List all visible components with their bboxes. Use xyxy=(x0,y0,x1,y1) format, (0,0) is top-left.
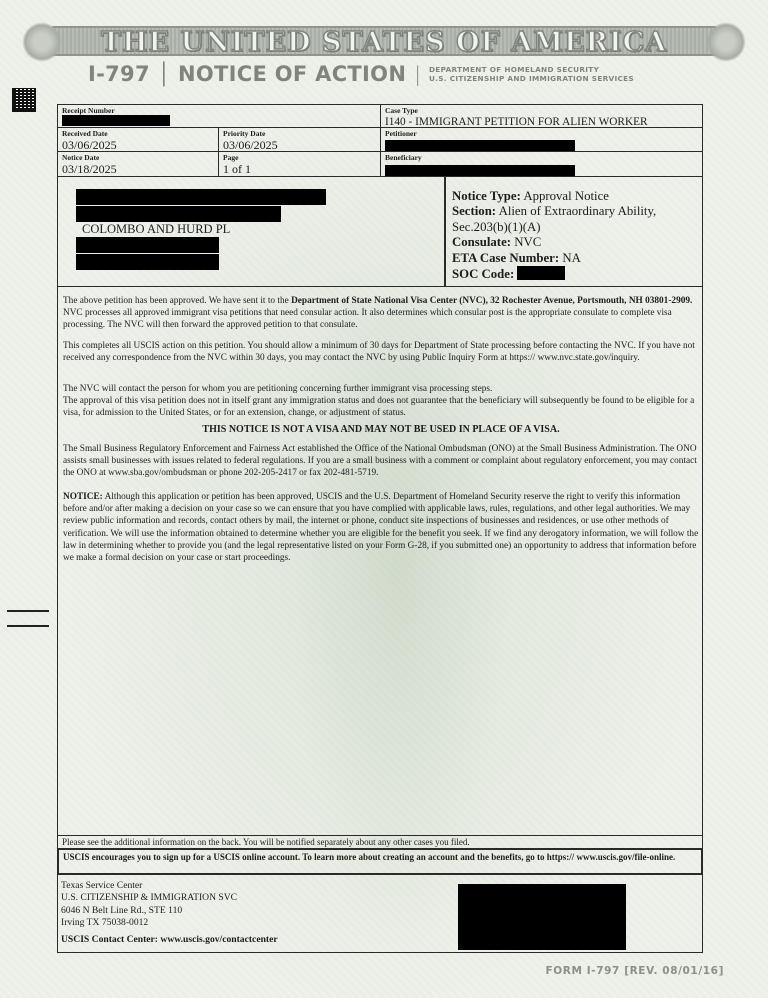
online-account-row: USCIS encourages you to sign up for a US… xyxy=(57,848,703,875)
address-redaction xyxy=(76,254,219,270)
service-center-block: Texas Service Center U.S. CITIZENSHIP & … xyxy=(57,874,703,953)
form-title: I-797 │ NOTICE OF ACTION xyxy=(88,62,406,86)
address-redaction xyxy=(76,206,281,222)
petitioner-label: Petitioner xyxy=(385,129,698,138)
page-value: 1 of 1 xyxy=(223,162,376,176)
priority-date-value: 03/06/2025 xyxy=(223,138,376,152)
notice-date-cell: Notice Date 03/18/2025 xyxy=(57,151,219,177)
nvc-address: Department of State National Visa Center… xyxy=(291,296,692,306)
paragraph-nvc-contact: The NVC will contact the person for whom… xyxy=(63,383,699,420)
page-label: Page xyxy=(223,153,376,162)
paragraph-uscis-complete: This completes all USCIS action on this … xyxy=(63,340,699,364)
notice-date-label: Notice Date xyxy=(62,153,214,162)
paragraph-notice: NOTICE: Although this application or pet… xyxy=(63,491,699,564)
approval-text: The above petition has been approved. We… xyxy=(63,296,291,306)
datamatrix-barcode-icon xyxy=(12,88,36,112)
service-center-agency: U.S. CITIZENSHIP & IMMIGRATION SVC xyxy=(61,892,278,904)
receipt-number-label: Receipt Number xyxy=(62,106,376,115)
paragraph-ombudsman: The Small Business Regulatory Enforcemen… xyxy=(63,443,699,480)
eta-case-number-value: NA xyxy=(562,251,580,265)
notice-date-value: 03/18/2025 xyxy=(62,162,214,176)
address-redaction xyxy=(76,189,326,205)
additional-info-row: Please see the additional information on… xyxy=(57,835,703,849)
approval-disclaimer: The approval of this visa petition does … xyxy=(63,395,699,419)
section-value-cont: Sec.203(b)(1)(A) xyxy=(452,220,702,235)
received-date-cell: Received Date 03/06/2025 xyxy=(57,127,219,152)
fold-mark xyxy=(7,625,49,627)
title-separator: | xyxy=(414,62,421,86)
address-lines: COLOMBO AND HURD PL xyxy=(76,189,326,270)
contact-center: USCIS Contact Center: www.uscis.gov/cont… xyxy=(61,934,278,946)
ornament-icon xyxy=(22,22,62,62)
department-line-1: DEPARTMENT OF HOMELAND SECURITY xyxy=(429,65,599,74)
case-type-cell: Case Type I140 - IMMIGRANT PETITION FOR … xyxy=(380,104,703,128)
petitioner-cell: Petitioner xyxy=(380,127,703,152)
banner: THE UNITED STATES OF AMERICA xyxy=(22,22,746,62)
section-label: Section: xyxy=(452,204,496,218)
section-row: Section: Alien of Extraordinary Ability, xyxy=(452,204,702,219)
priority-date-cell: Priority Date 03/06/2025 xyxy=(218,127,381,152)
notice-info-block: Notice Type: Approval Notice Section: Al… xyxy=(444,176,703,287)
eta-row: ETA Case Number: NA xyxy=(452,251,702,266)
petitioner-redaction xyxy=(385,140,575,151)
recipient-address-redaction xyxy=(458,884,626,950)
consulate-row: Consulate: NVC xyxy=(452,235,702,250)
soc-row: SOC Code: xyxy=(452,266,702,282)
ornament-icon xyxy=(706,22,746,62)
banner-title: THE UNITED STATES OF AMERICA xyxy=(101,27,667,58)
beneficiary-label: Beneficiary xyxy=(385,153,698,162)
section-value: Alien of Extraordinary Ability, xyxy=(499,204,657,218)
address-redaction xyxy=(76,237,219,253)
department-name: DEPARTMENT OF HOMELAND SECURITY U.S. CIT… xyxy=(429,65,634,83)
form-title-row: I-797 │ NOTICE OF ACTION | DEPARTMENT OF… xyxy=(88,62,634,86)
service-center-address: Texas Service Center U.S. CITIZENSHIP & … xyxy=(61,880,278,946)
case-type-label: Case Type xyxy=(385,106,698,115)
notice-label: NOTICE: xyxy=(63,492,103,502)
not-a-visa-warning: THIS NOTICE IS NOT A VISA AND MAY NOT BE… xyxy=(63,424,699,436)
consulate-label: Consulate: xyxy=(452,235,511,249)
nvc-contact-text: The NVC will contact the person for whom… xyxy=(63,383,699,395)
address-block: COLOMBO AND HURD PL xyxy=(57,176,445,287)
page-cell: Page 1 of 1 xyxy=(218,151,381,177)
department-line-2: U.S. CITIZENSHIP AND IMMIGRATION SERVICE… xyxy=(429,74,634,83)
receipt-number-cell: Receipt Number xyxy=(57,104,381,128)
law-firm-name: COLOMBO AND HURD PL xyxy=(76,222,326,237)
notice-type-row: Notice Type: Approval Notice xyxy=(452,189,702,204)
approval-text-cont: NVC processes all approved immigrant vis… xyxy=(63,308,672,330)
consulate-value: NVC xyxy=(514,235,541,249)
service-center-street: 6046 N Belt Line Rd., STE 110 xyxy=(61,905,278,917)
received-date-label: Received Date xyxy=(62,129,214,138)
service-center-city: Irving TX 75038-0012 xyxy=(61,917,278,929)
service-center-name: Texas Service Center xyxy=(61,880,278,892)
received-date-value: 03/06/2025 xyxy=(62,138,214,152)
beneficiary-redaction xyxy=(385,165,575,176)
receipt-number-redaction xyxy=(62,115,170,126)
priority-date-label: Priority Date xyxy=(223,129,376,138)
notice-type-label: Notice Type: xyxy=(452,189,521,203)
beneficiary-cell: Beneficiary xyxy=(380,151,703,177)
notice-text: Although this application or petition ha… xyxy=(63,492,698,563)
fold-mark xyxy=(7,610,49,612)
paragraph-approval: The above petition has been approved. We… xyxy=(63,295,699,332)
soc-code-redaction xyxy=(517,266,565,280)
notice-type-value: Approval Notice xyxy=(523,189,609,203)
soc-code-label: SOC Code: xyxy=(452,267,514,281)
eta-case-number-label: ETA Case Number: xyxy=(452,251,559,265)
form-revision: FORM I-797 [REV. 08/01/16] xyxy=(545,965,724,977)
